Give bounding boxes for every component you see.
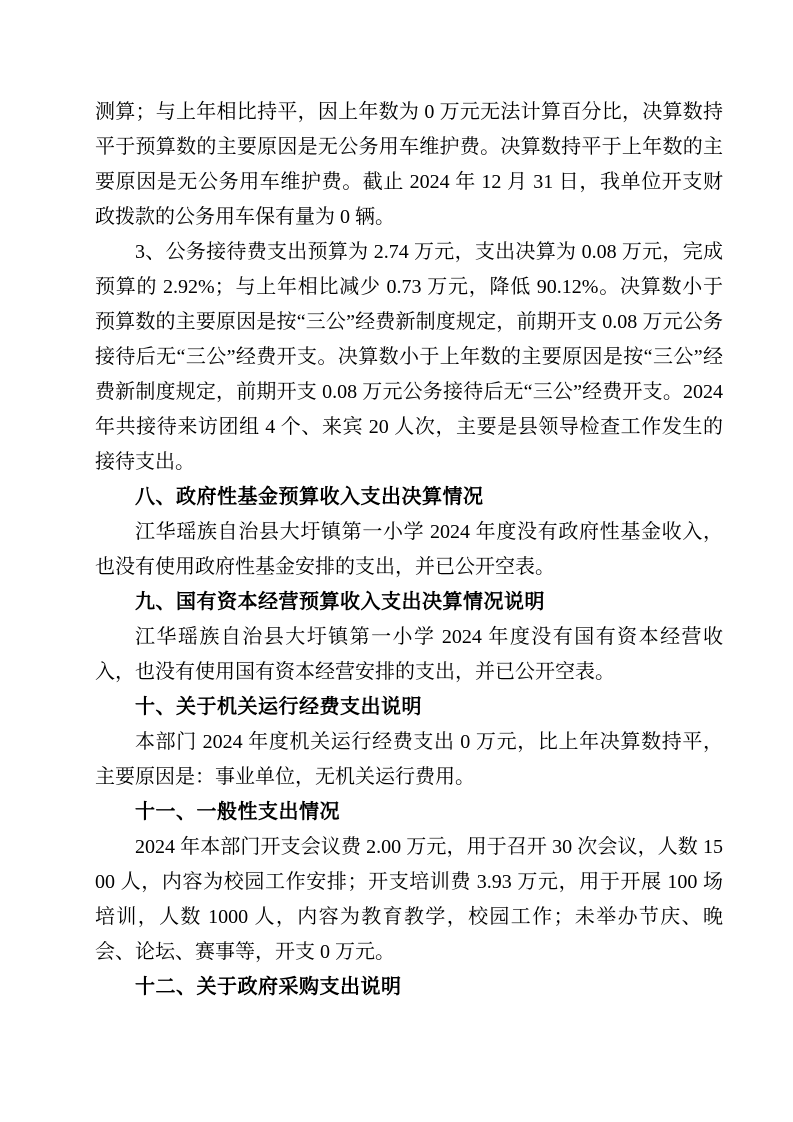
- section-heading: 九、国有资本经营预算收入支出决算情况说明: [95, 585, 723, 620]
- section-heading: 十一、一般性支出情况: [95, 795, 723, 830]
- body-paragraph: 本部门 2024 年度机关运行经费支出 0 万元，比上年决算数持平，主要原因是：…: [95, 725, 723, 795]
- body-paragraph: 2024 年本部门开支会议费 2.00 万元，用于召开 30 次会议，人数 15…: [95, 830, 723, 970]
- document-page: 测算；与上年相比持平，因上年数为 0 万元无法计算百分比，决算数持平于预算数的主…: [0, 0, 793, 1122]
- section-heading: 十二、关于政府采购支出说明: [95, 970, 723, 1005]
- section-heading: 八、政府性基金预算收入支出决算情况: [95, 480, 723, 515]
- section-heading: 十、关于机关运行经费支出说明: [95, 690, 723, 725]
- body-paragraph: 测算；与上年相比持平，因上年数为 0 万元无法计算百分比，决算数持平于预算数的主…: [95, 95, 723, 235]
- body-paragraph: 江华瑶族自治县大圩镇第一小学 2024 年度没有政府性基金收入，也没有使用政府性…: [95, 515, 723, 585]
- document-content: 测算；与上年相比持平，因上年数为 0 万元无法计算百分比，决算数持平于预算数的主…: [0, 0, 793, 1005]
- body-paragraph: 3、公务接待费支出预算为 2.74 万元，支出决算为 0.08 万元，完成预算的…: [95, 235, 723, 480]
- body-paragraph: 江华瑶族自治县大圩镇第一小学 2024 年度没有国有资本经营收入，也没有使用国有…: [95, 620, 723, 690]
